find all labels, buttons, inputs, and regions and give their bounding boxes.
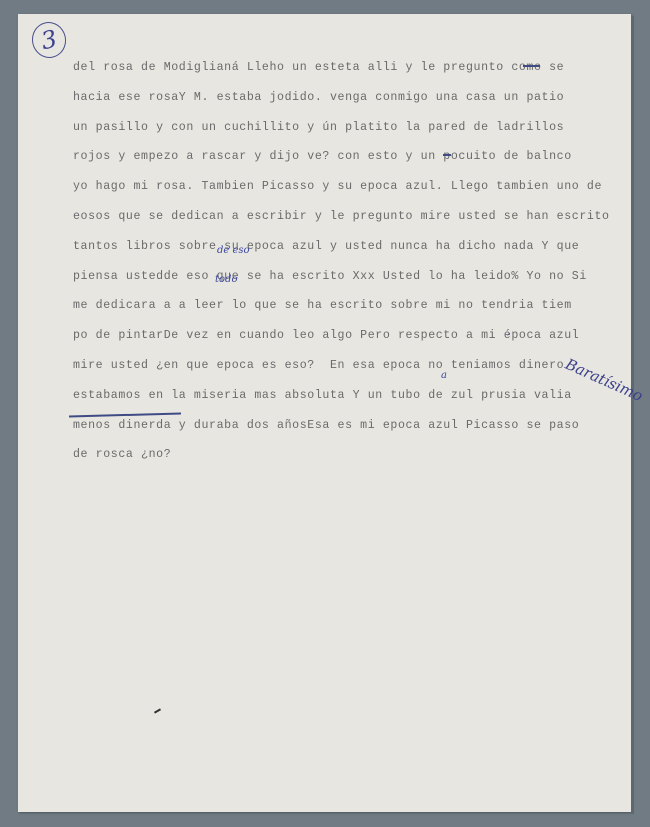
handwritten-annotation-todo: todo <box>215 274 237 285</box>
typed-text-body: del rosa de Modiglianá Lleho un esteta a… <box>73 53 633 470</box>
text-line-7: tantos libros sobre su epoca azul y uste… <box>73 232 633 262</box>
handwritten-annotation-a: a <box>441 370 447 381</box>
text-line-2: hacia ese rosaY M. estaba jodido. venga … <box>73 83 633 113</box>
typewritten-page: 3 del rosa de Modiglianá Lleho un esteta… <box>18 14 631 812</box>
strike-through-pocuito <box>443 154 451 156</box>
text-line-10: po de pintarDe vez en cuando leo algo Pe… <box>73 321 633 351</box>
text-line-11: mire usted ¿en que epoca es eso? En esa … <box>73 351 633 381</box>
text-line-12: estabamos en la miseria mas absoluta Y u… <box>73 381 633 411</box>
text-line-1: del rosa de Modiglianá Lleho un esteta a… <box>73 53 633 83</box>
page-number-circled: 3 <box>29 19 70 61</box>
stray-ink-mark <box>154 708 161 713</box>
text-line-3: un pasillo y con un cuchillito y ún plat… <box>73 113 633 143</box>
handwritten-accent-mark: ´ <box>504 332 510 346</box>
handwritten-annotation-de-eso: de eso <box>217 245 250 256</box>
text-line-9: me dedicara a a leer lo que se ha escrit… <box>73 291 633 321</box>
text-line-13: menos dinerda y duraba dos añosEsa es mi… <box>73 411 633 441</box>
strike-through-se <box>523 65 540 67</box>
text-line-6: eosos que se dedican a escribir y le pre… <box>73 202 633 232</box>
text-line-4: rojos y empezo a rascar y dijo ve? con e… <box>73 142 633 172</box>
text-line-5: yo hago mi rosa. Tambien Picasso y su ep… <box>73 172 633 202</box>
text-line-14: de rosca ¿no? <box>73 440 633 470</box>
text-line-8: piensa ustedde eso que se ha escrito Xxx… <box>73 262 633 292</box>
